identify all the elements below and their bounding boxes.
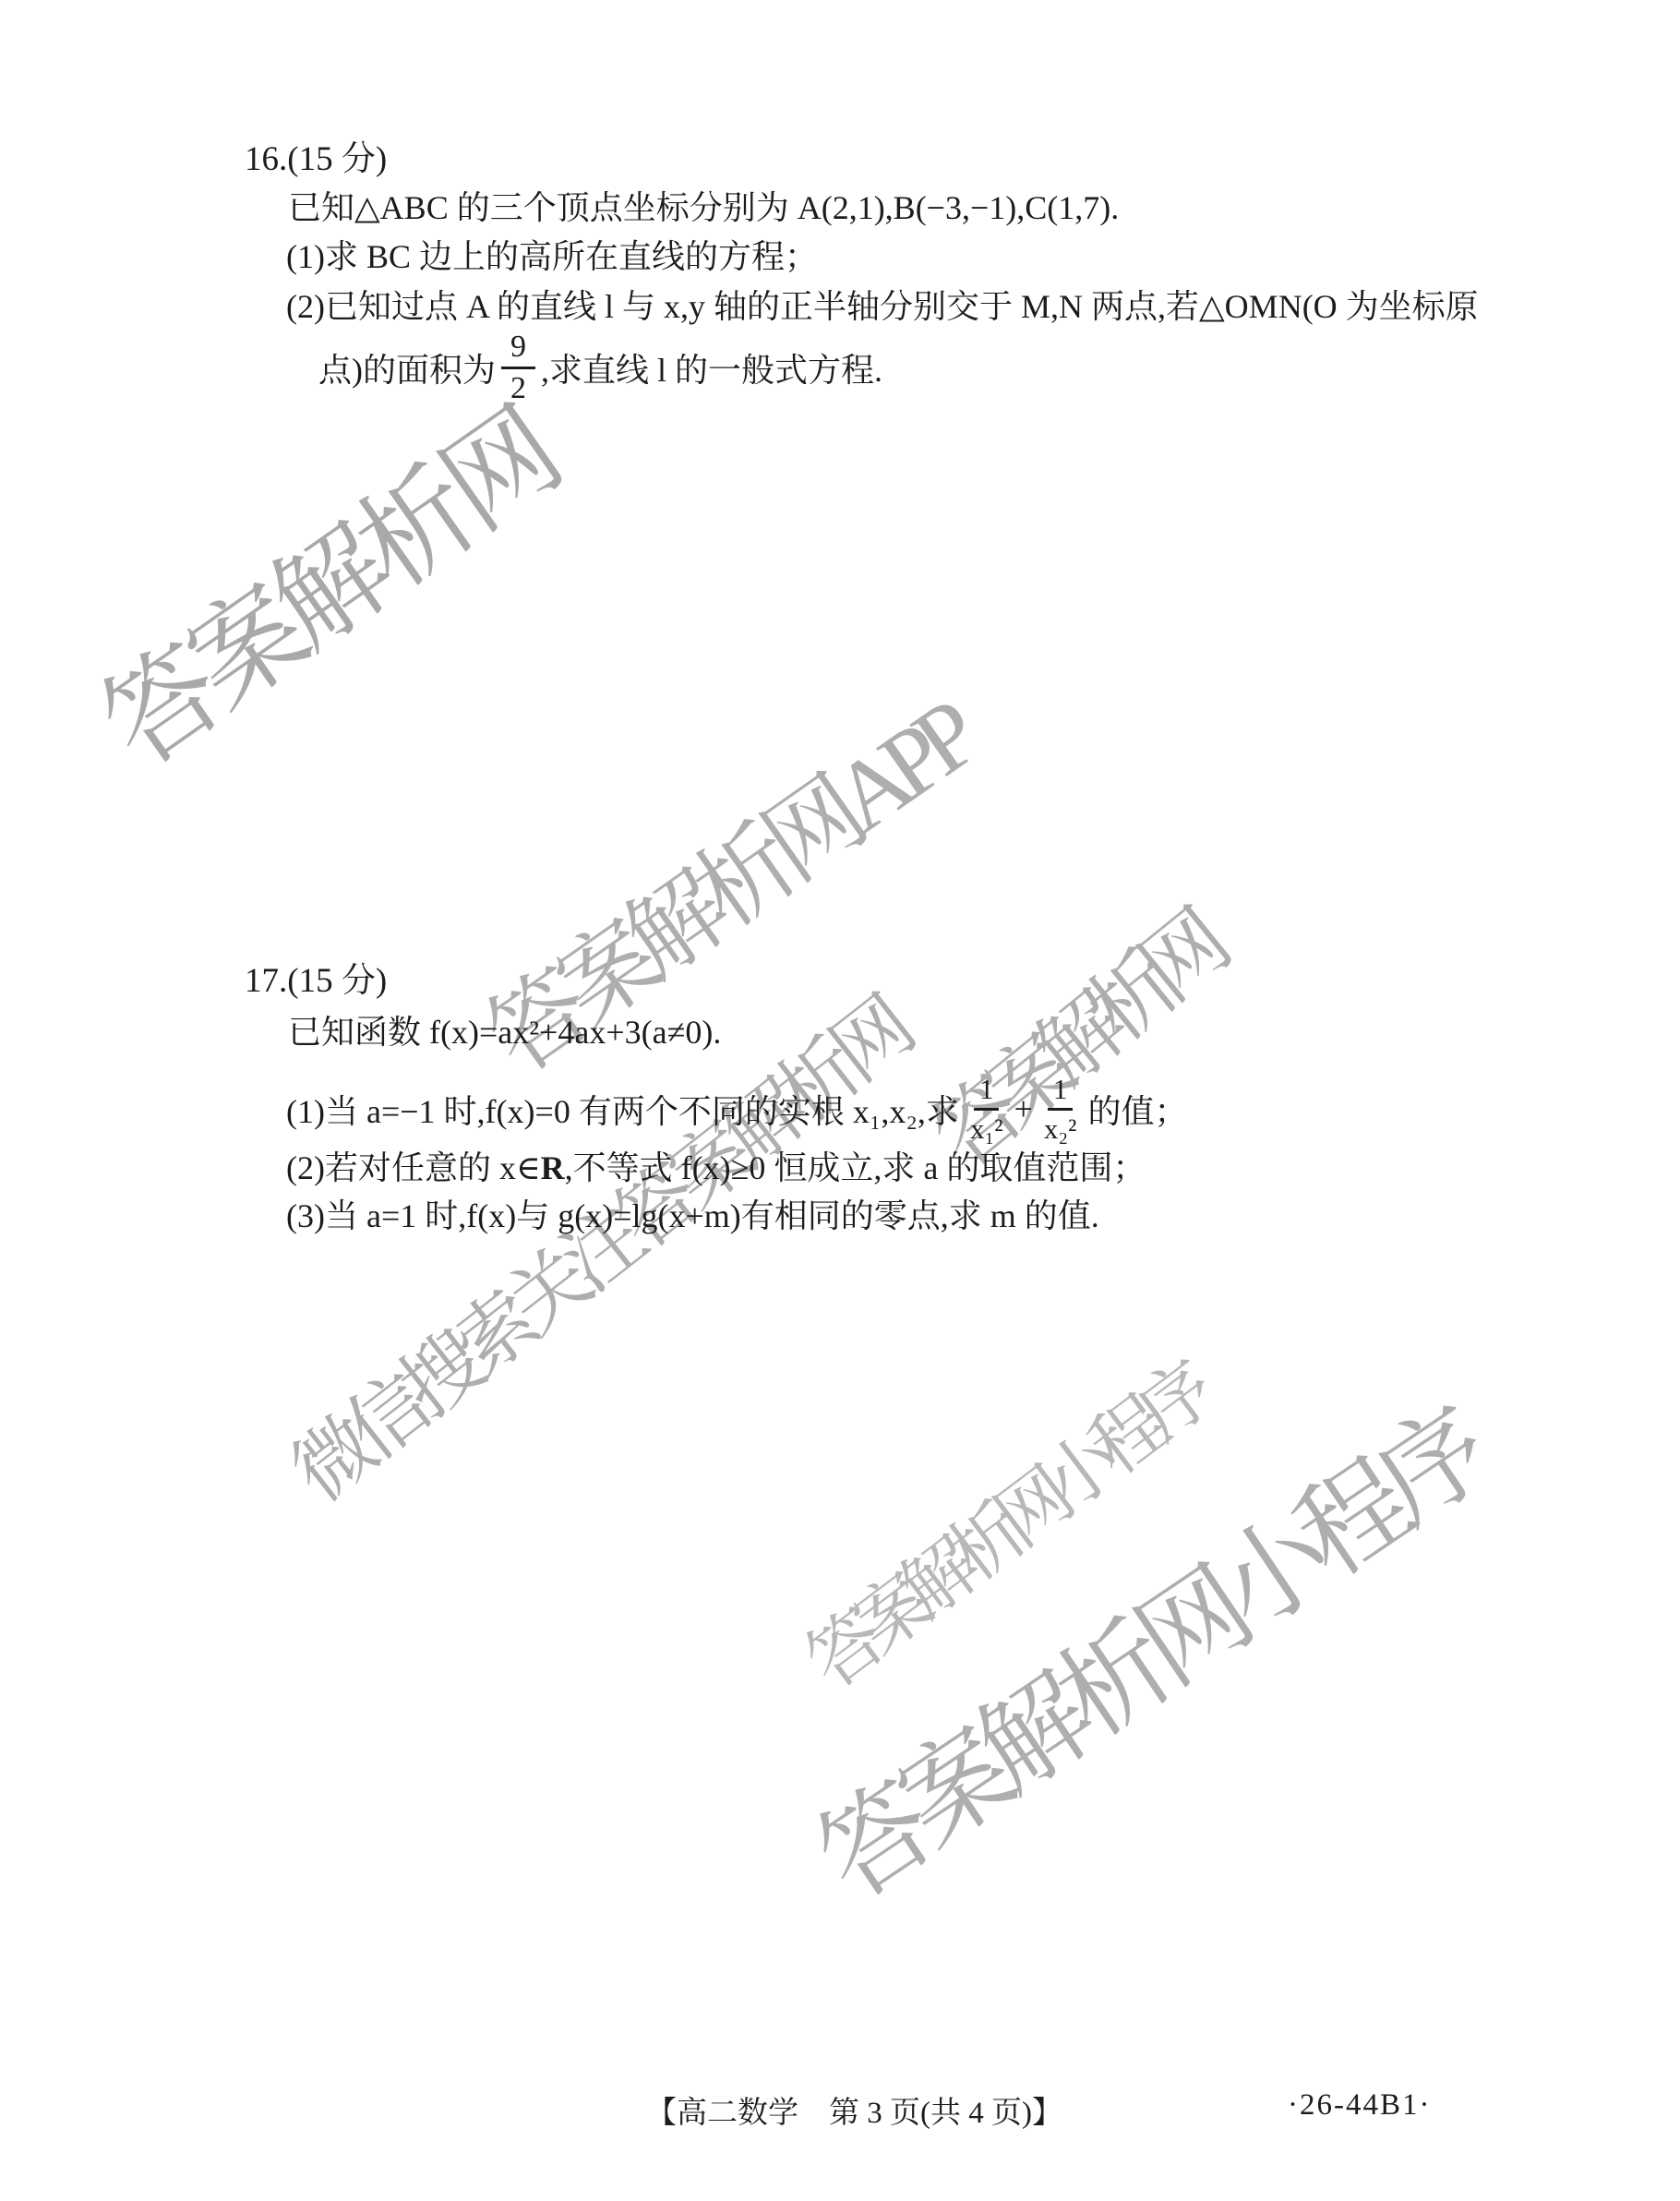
watermark-wechat-search: 微信搜索关注答案解析网: [264, 970, 927, 1523]
fraction-one-over-x1-squared: 1 x₁²: [965, 1073, 1009, 1146]
q16-part2-post-text: ,求直线 l 的一般式方程.: [541, 344, 882, 391]
question-17-part1: (1)当 a=−1 时,f(x)=0 有两个不同的实根 x₁,x₂,求 1 x₁…: [286, 1060, 1187, 1158]
exam-page: 答案解析网 答案解析网APP 答案解析网 微信搜索关注答案解析网 答案解析网小程…: [0, 0, 1680, 2201]
question-16-part2-line2: 点)的面积为 9 2 ,求直线 l 的一般式方程.: [318, 323, 882, 412]
question-17-part3: (3)当 a=1 时,f(x)与 g(x)=lg(x+m)有相同的零点,求 m …: [286, 1197, 1099, 1235]
question-17-part2: (2)若对任意的 x∈R,不等式 f(x)≥0 恒成立,求 a 的取值范围；: [286, 1149, 1146, 1187]
question-17-header: 17.(15 分): [245, 962, 387, 1002]
footer-paper-code: ·26-44B1·: [1288, 2088, 1431, 2123]
q17-part1-plus-sign: +: [1014, 1089, 1033, 1128]
q16-part2-pre-text: 点)的面积为: [318, 344, 496, 391]
watermark-answer-site-top-left: 答案解析网: [65, 367, 581, 797]
fraction-denominator: x₂²: [1038, 1111, 1083, 1146]
question-16-part1: (1)求 BC 边上的高所在直线的方程；: [286, 238, 818, 276]
q17-part1-post-text: 的值；: [1087, 1086, 1187, 1133]
watermark-mini-program-large: 答案解析网小程序: [783, 1368, 1507, 1928]
question-16-header: 16.(15 分): [245, 140, 387, 180]
q17-part2-pre-text: (2)若对任意的 x∈: [286, 1149, 541, 1186]
fraction-numerator: 1: [1048, 1073, 1074, 1111]
fraction-nine-halves: 9 2: [501, 330, 535, 406]
fraction-numerator: 9: [501, 330, 535, 369]
fraction-denominator: 2: [507, 369, 530, 406]
fraction-one-over-x2-squared: 1 x₂²: [1038, 1073, 1083, 1146]
fraction-numerator: 1: [974, 1073, 1000, 1111]
watermark-mini-program-small: 答案解析网小程序: [781, 1339, 1222, 1708]
fraction-denominator: x₁²: [965, 1111, 1009, 1146]
footer-page-info: 【高二数学 第 3 页(共 4 页)】: [646, 2088, 1062, 2132]
question-16-part2-line1: (2)已知过点 A 的直线 l 与 x,y 轴的正半轴分别交于 M,N 两点,若…: [286, 288, 1479, 326]
q17-part2-post-text: ,不等式 f(x)≥0 恒成立,求 a 的取值范围；: [565, 1149, 1146, 1186]
real-number-set-symbol: R: [541, 1149, 565, 1186]
q17-part1-pre-text: (1)当 a=−1 时,f(x)=0 有两个不同的实根 x₁,x₂,求: [286, 1086, 959, 1133]
question-17-intro: 已知函数 f(x)=ax²+4ax+3(a≠0).: [288, 1014, 721, 1052]
question-16-intro: 已知△ABC 的三个顶点坐标分别为 A(2,1),B(−3,−1),C(1,7)…: [288, 189, 1119, 227]
